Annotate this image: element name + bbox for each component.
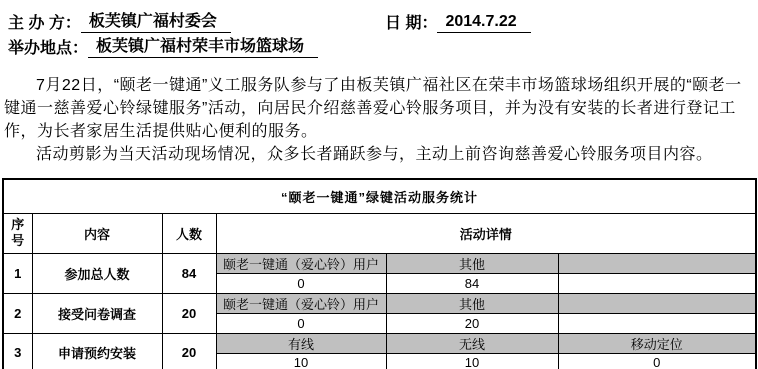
- activity-description: 7月22日，“颐老一键通”义工服务队参与了由板芙镇广福社区在荣丰市场篮球场组织开…: [4, 74, 754, 143]
- row-index: 1: [3, 253, 32, 293]
- detail-header: [558, 253, 756, 273]
- detail-value: 0: [216, 273, 386, 293]
- row-count: 20: [162, 293, 216, 333]
- stats-table: “颐老一键通”绿键活动服务统计 序号 内容 人数 活动详情 1 参加总人数 84…: [2, 178, 757, 369]
- header-form: 主 办 方： 板芙镇广福村委会 日 期： 2014.7.22 举办地点： 板芙镇…: [0, 0, 758, 58]
- detail-header: 颐老一键通（爱心铃）用户: [216, 253, 386, 273]
- detail-header: [558, 293, 756, 313]
- detail-value: [558, 273, 756, 293]
- date-value: 2014.7.22: [437, 13, 530, 33]
- date-group: 日 期： 2014.7.22: [385, 10, 531, 33]
- table-header-row: 序号 内容 人数 活动详情: [3, 213, 756, 253]
- table-row: 2 接受问卷调查 20 颐老一键通（爱心铃）用户 其他: [3, 293, 756, 313]
- form-line-organizer: 主 办 方： 板芙镇广福村委会 日 期： 2014.7.22: [8, 8, 750, 33]
- table-title: “颐老一键通”绿键活动服务统计: [3, 179, 756, 213]
- col-header-content: 内容: [32, 213, 162, 253]
- row-count: 20: [162, 333, 216, 369]
- detail-value: [558, 313, 756, 333]
- detail-header: 颐老一键通（爱心铃）用户: [216, 293, 386, 313]
- detail-value: 84: [386, 273, 558, 293]
- detail-value: 0: [558, 353, 756, 369]
- detail-header: 有线: [216, 333, 386, 353]
- detail-value: 10: [386, 353, 558, 369]
- activity-note: 活动剪影为当天活动现场情况，众多长者踊跃参与，主动上前咨询慈善爱心铃服务项目内容…: [4, 143, 754, 166]
- detail-value: 20: [386, 313, 558, 333]
- date-label: 日 期：: [385, 10, 437, 33]
- detail-header: 无线: [386, 333, 558, 353]
- row-content: 接受问卷调查: [32, 293, 162, 333]
- row-index: 3: [3, 333, 32, 369]
- detail-value: 0: [216, 313, 386, 333]
- form-line-venue: 举办地点： 板芙镇广福村荣丰市场篮球场: [8, 33, 750, 58]
- organizer-label: 主 办 方：: [8, 10, 81, 33]
- venue-value: 板芙镇广福村荣丰市场篮球场: [88, 33, 318, 58]
- row-index: 2: [3, 293, 32, 333]
- row-content: 申请预约安装: [32, 333, 162, 369]
- organizer-value: 板芙镇广福村委会: [81, 8, 231, 33]
- detail-header: 其他: [386, 293, 558, 313]
- row-count: 84: [162, 253, 216, 293]
- body-text: 7月22日，“颐老一键通”义工服务队参与了由板芙镇广福社区在荣丰市场篮球场组织开…: [0, 58, 758, 166]
- detail-value: 10: [216, 353, 386, 369]
- col-header-details: 活动详情: [216, 213, 756, 253]
- col-header-index: 序号: [3, 213, 32, 253]
- row-content: 参加总人数: [32, 253, 162, 293]
- table-row: 3 申请预约安装 20 有线 无线 移动定位: [3, 333, 756, 353]
- col-header-count: 人数: [162, 213, 216, 253]
- venue-label: 举办地点：: [8, 35, 88, 58]
- document-page: 主 办 方： 板芙镇广福村委会 日 期： 2014.7.22 举办地点： 板芙镇…: [0, 0, 758, 369]
- detail-header: 移动定位: [558, 333, 756, 353]
- detail-header: 其他: [386, 253, 558, 273]
- table-title-row: “颐老一键通”绿键活动服务统计: [3, 179, 756, 213]
- table-row: 1 参加总人数 84 颐老一键通（爱心铃）用户 其他: [3, 253, 756, 273]
